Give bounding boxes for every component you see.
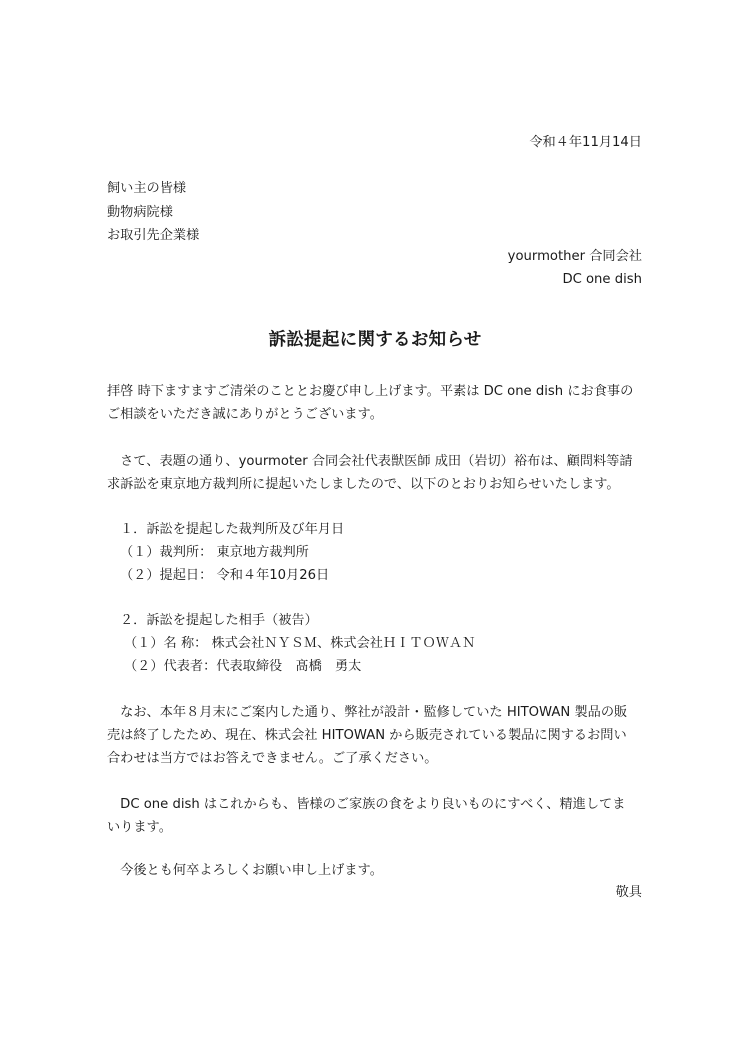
notice-line-3: 合わせは当方ではお答えできません。ご了承ください。 (107, 750, 437, 768)
greeting-line-1: 拝啓 時下ますますご清栄のこととお慶び申し上げます。平素は DC one dis… (107, 383, 633, 401)
letter-date: 令和４年11月14日 (529, 134, 642, 152)
recipient-partners: お取引先企業様 (107, 227, 199, 245)
letter-page: 令和４年11月14日 飼い主の皆様 動物病院様 お取引先企業様 yourmoth… (0, 0, 750, 1061)
sign-off: 敬具 (616, 884, 642, 902)
notice-line-2: 売は終了したため、現在、株式会社 HITOWAN から販売されている製品に関する… (107, 727, 627, 745)
section-1-heading: １．訴訟を提起した裁判所及び年月日 (120, 521, 344, 539)
recipient-owners: 飼い主の皆様 (107, 180, 186, 198)
greeting-line-2: ご相談をいただき誠にありがとうございます。 (107, 406, 383, 424)
intro-line-2: 求訴訟を東京地方裁判所に提起いたしましたので、以下のとおりお知らせいたします。 (107, 476, 620, 494)
recipient-hospitals: 動物病院様 (107, 204, 173, 222)
section-1-date: （２）提起日： 令和４年10月26日 (120, 567, 329, 585)
sender-brand: DC one dish (562, 271, 642, 289)
intro-line-1: さて、表題の通り、yourmoter 合同会社代表獣医師 成田（岩切）裕布は、顧… (107, 453, 633, 471)
section-2-heading: ２．訴訟を提起した相手（被告） (120, 612, 318, 630)
section-2-representative: （２）代表者：代表取締役 髙橋 勇太 (124, 658, 361, 676)
commitment-line-2: いります。 (107, 819, 172, 837)
section-2-name: （１）名 称： 株式会社ＮＹＳＭ、株式会社ＨＩＴＯＷＡＮ (124, 635, 475, 653)
notice-line-1: なお、本年８月末にご案内した通り、弊社が設計・監修していた HITOWAN 製品… (107, 704, 627, 722)
sender-company: yourmother 合同会社 (508, 248, 642, 266)
closing-line: 今後とも何卒よろしくお願い申し上げます。 (107, 862, 383, 880)
commitment-line-1: DC one dish はこれからも、皆様のご家族の食をより良いものにすべく、精… (107, 796, 625, 814)
document-title: 訴訟提起に関するお知らせ (0, 326, 750, 351)
section-1-court: （１）裁判所： 東京地方裁判所 (120, 544, 309, 562)
